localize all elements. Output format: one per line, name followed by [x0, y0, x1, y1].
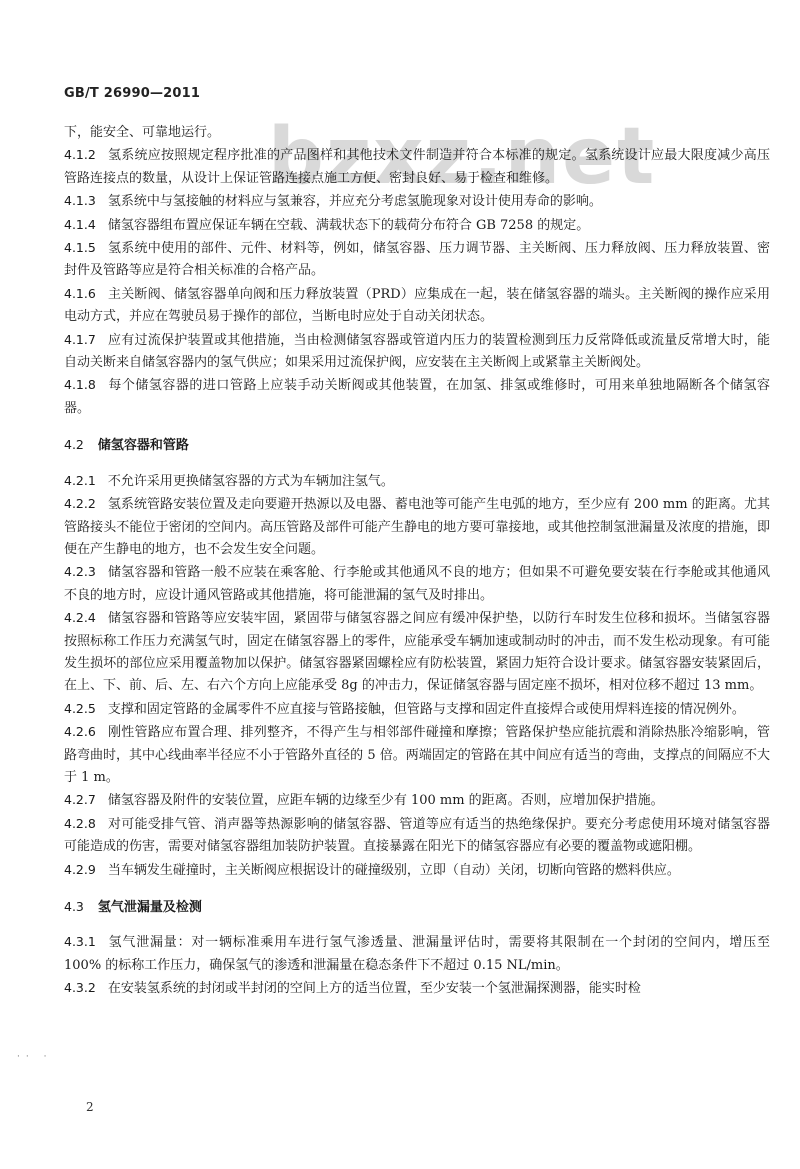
clause-number: 4.1.2 [64, 147, 96, 162]
clause-paragraph: 4.1.4储氢容器组布置应保证车辆在空载、满载状态下的载荷分布符合 GB 725… [64, 214, 770, 237]
clause-paragraph: 4.2.2氢系统管路安装位置及走向要避开热源以及电器、蓄电池等可能产生电弧的地方… [64, 493, 770, 561]
clause-text: 对可能受排气管、消声器等热源影响的储氢容器、管道等应有适当的热绝缘保护。要充分考… [64, 817, 770, 854]
clause-paragraph: 4.1.5氢系统中使用的部件、元件、材料等，例如，储氢容器、压力调节器、主关断阀… [64, 237, 770, 283]
clause-text: 应有过流保护装置或其他措施，当由检测储氢容器或管道内压力的装置检测到压力反常降低… [64, 333, 770, 370]
clause-text: 储氢容器和管路等应安装牢固，紧固带与储氢容器之间应有缓冲保护垫，以防行车时发生位… [64, 611, 770, 693]
clause-number: 4.2.3 [64, 564, 96, 579]
margin-scan-artifact: ·· · [17, 1052, 52, 1062]
document-body: 下，能安全、可靠地运行。4.1.2氢系统应按照规定程序批准的产品图样和其他技术文… [64, 122, 770, 1001]
clause-text: 当车辆发生碰撞时，主关断阀应根据设计的碰撞级别，立即（自动）关闭，切断向管路的燃… [108, 863, 680, 878]
clause-text: 支撑和固定管路的金属零件不应直接与管路接触，但管路与支撑和固定件直接焊合或使用焊… [108, 702, 745, 717]
clause-text: 储氢容器和管路一般不应装在乘客舱、行李舱或其他通风不良的地方；但如果不可避免要安… [64, 565, 770, 602]
clause-number: 4.1.8 [64, 377, 96, 392]
clause-number: 4.3 [64, 899, 84, 914]
clause-paragraph: 下，能安全、可靠地运行。 [64, 122, 770, 144]
clause-text: 氢系统应按照规定程序批准的产品图样和其他技术文件制造并符合本标准的规定。氢系统设… [64, 148, 770, 185]
clause-paragraph: 4.3.2在安装氢系统的封闭或半封闭的空间上方的适当位置，至少安装一个氢泄漏探测… [64, 977, 770, 1000]
clause-paragraph: 4.1.6主关断阀、储氢容器单向阀和压力释放装置（PRD）应集成在一起，装在储氢… [64, 283, 770, 329]
section-title: 储氢容器和管路 [98, 438, 189, 453]
clause-paragraph: 4.3.1氢气泄漏量：对一辆标准乘用车进行氢气渗透量、泄漏量评估时，需要将其限制… [64, 931, 770, 977]
clause-paragraph: 4.1.2氢系统应按照规定程序批准的产品图样和其他技术文件制造并符合本标准的规定… [64, 144, 770, 190]
clause-paragraph: 4.2.1不允许采用更换储氢容器的方式为车辆加注氢气。 [64, 470, 770, 493]
clause-text: 每个储氢容器的进口管路上应装手动关断阀或其他装置，在加氢、排氢或维修时，可用来单… [64, 378, 770, 415]
clause-number: 4.2.1 [64, 473, 96, 488]
clause-paragraph: 4.1.8每个储氢容器的进口管路上应装手动关断阀或其他装置，在加氢、排氢或维修时… [64, 374, 770, 420]
clause-text: 氢系统管路安装位置及走向要避开热源以及电器、蓄电池等可能产生电弧的地方，至少应有… [64, 497, 770, 557]
page-number: 2 [86, 1100, 94, 1114]
clause-number: 4.2 [64, 437, 84, 452]
clause-paragraph: 4.2.7储氢容器及附件的安装位置，应距车辆的边缘至少有 100 mm 的距离。… [64, 789, 770, 812]
standard-code-header: GB/T 26990—2011 [64, 86, 200, 101]
clause-text: 不允许采用更换储氢容器的方式为车辆加注氢气。 [108, 474, 394, 489]
clause-paragraph: 4.2.3储氢容器和管路一般不应装在乘客舱、行李舱或其他通风不良的地方；但如果不… [64, 561, 770, 607]
clause-text: 氢系统中与氢接触的材料应与氢兼容，并应充分考虑氢脆现象对设计使用寿命的影响。 [108, 194, 602, 209]
clause-number: 4.1.3 [64, 193, 96, 208]
clause-paragraph: 4.2.6刚性管路应布置合理、排列整齐，不得产生与相邻部件碰撞和摩擦；管路保护垫… [64, 721, 770, 789]
clause-text: 储氢容器及附件的安装位置，应距车辆的边缘至少有 100 mm 的距离。否则，应增… [108, 793, 664, 808]
clause-number: 4.1.5 [64, 240, 96, 255]
clause-number: 4.1.4 [64, 217, 96, 232]
clause-text: 刚性管路应布置合理、排列整齐，不得产生与相邻部件碰撞和摩擦；管路保护垫应能抗震和… [64, 725, 770, 785]
clause-paragraph: 4.1.3氢系统中与氢接触的材料应与氢兼容，并应充分考虑氢脆现象对设计使用寿命的… [64, 190, 770, 213]
clause-number: 4.2.7 [64, 792, 96, 807]
clause-paragraph: 4.2.8对可能受排气管、消声器等热源影响的储氢容器、管道等应有适当的热绝缘保护… [64, 813, 770, 859]
clause-number: 4.3.1 [64, 934, 96, 949]
clause-number: 4.2.6 [64, 724, 96, 739]
clause-number: 4.1.7 [64, 332, 96, 347]
clause-text: 氢系统中使用的部件、元件、材料等，例如，储氢容器、压力调节器、主关断阀、压力释放… [64, 241, 770, 278]
clause-number: 4.2.4 [64, 610, 96, 625]
clause-number: 4.3.2 [64, 980, 96, 995]
clause-text: 下，能安全、可靠地运行。 [64, 125, 220, 140]
clause-paragraph: 4.2.5支撑和固定管路的金属零件不应直接与管路接触，但管路与支撑和固定件直接焊… [64, 698, 770, 721]
section-heading: 4.3氢气泄漏量及检测 [64, 896, 770, 919]
clause-text: 氢气泄漏量：对一辆标准乘用车进行氢气渗透量、泄漏量评估时，需要将其限制在一个封闭… [64, 935, 770, 972]
section-title: 氢气泄漏量及检测 [98, 900, 202, 915]
clause-number: 4.2.8 [64, 816, 96, 831]
clause-paragraph: 4.1.7应有过流保护装置或其他措施，当由检测储氢容器或管道内压力的装置检测到压… [64, 329, 770, 375]
clause-number: 4.2.9 [64, 862, 96, 877]
clause-text: 储氢容器组布置应保证车辆在空载、满载状态下的载荷分布符合 GB 7258 的规定… [108, 218, 589, 233]
document-page: GB/T 26990—2011 bzxz.net 下，能安全、可靠地运行。4.1… [0, 0, 800, 1169]
clause-text: 主关断阀、储氢容器单向阀和压力释放装置（PRD）应集成在一起，装在储氢容器的端头… [64, 287, 770, 324]
clause-paragraph: 4.2.9当车辆发生碰撞时，主关断阀应根据设计的碰撞级别，立即（自动）关闭，切断… [64, 859, 770, 882]
clause-number: 4.2.5 [64, 701, 96, 716]
section-heading: 4.2储氢容器和管路 [64, 434, 770, 457]
clause-number: 4.1.6 [64, 286, 96, 301]
clause-paragraph: 4.2.4储氢容器和管路等应安装牢固，紧固带与储氢容器之间应有缓冲保护垫，以防行… [64, 607, 770, 698]
clause-text: 在安装氢系统的封闭或半封闭的空间上方的适当位置，至少安装一个氢泄漏探测器，能实时… [108, 981, 641, 996]
clause-number: 4.2.2 [64, 496, 96, 511]
